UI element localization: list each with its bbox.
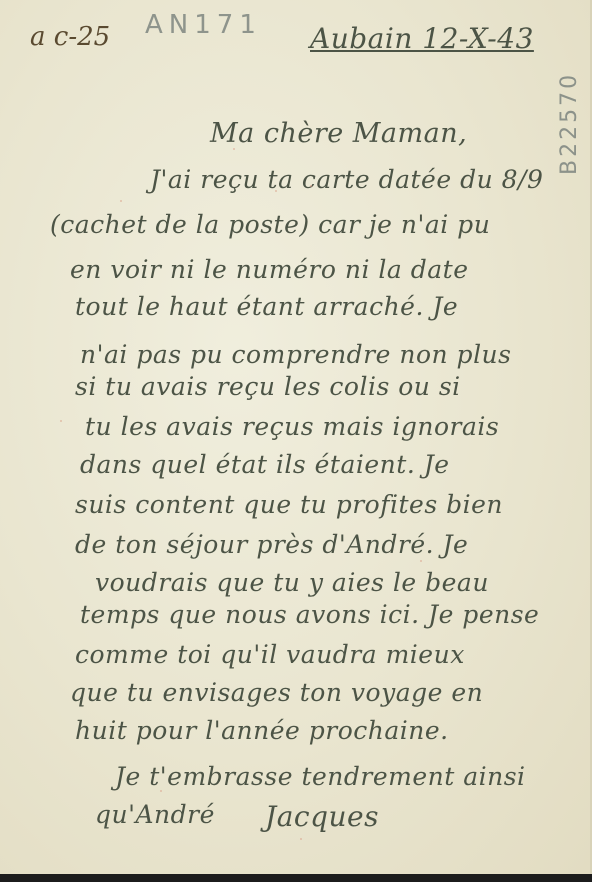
place-date: Aubain 12-X-43 bbox=[310, 22, 534, 55]
body-line: Je t'embrasse tendrement ainsi bbox=[115, 762, 526, 791]
salutation: Ma chère Maman, bbox=[210, 118, 467, 149]
body-line: si tu avais reçu les colis ou si bbox=[75, 372, 461, 401]
body-line: suis content que tu profites bien bbox=[75, 490, 503, 519]
body-line: que tu envisages ton voyage en bbox=[70, 678, 483, 707]
body-line: tu les avais reçus mais ignorais bbox=[85, 412, 499, 441]
body-line: n'ai pas pu comprendre non plus bbox=[80, 340, 512, 369]
body-line: comme toi qu'il vaudra mieux bbox=[75, 640, 465, 669]
body-line: dans quel état ils étaient. Je bbox=[80, 450, 450, 479]
archive-ref: a c-25 bbox=[30, 22, 110, 52]
body-line: huit pour l'année prochaine. bbox=[75, 716, 449, 745]
letter-card: a c-25 AN171 Aubain 12-X-43 B22570 Ma ch… bbox=[0, 0, 592, 874]
body-line: voudrais que tu y aies le beau bbox=[95, 568, 489, 597]
body-line: de ton séjour près d'André. Je bbox=[75, 530, 468, 559]
body-line: en voir ni le numéro ni la date bbox=[70, 255, 468, 284]
signature: Jacques bbox=[265, 800, 379, 833]
catalog-number: B22570 bbox=[557, 72, 582, 175]
body-line: qu'André bbox=[95, 800, 215, 829]
pencil-code: AN171 bbox=[145, 10, 262, 40]
body-line: (cachet de la poste) car je n'ai pu bbox=[50, 210, 490, 239]
scan-edge bbox=[0, 874, 592, 882]
body-line: tout le haut étant arraché. Je bbox=[75, 292, 458, 321]
body-line: J'ai reçu ta carte datée du 8/9 bbox=[150, 165, 543, 194]
body-line: temps que nous avons ici. Je pense bbox=[80, 600, 539, 629]
